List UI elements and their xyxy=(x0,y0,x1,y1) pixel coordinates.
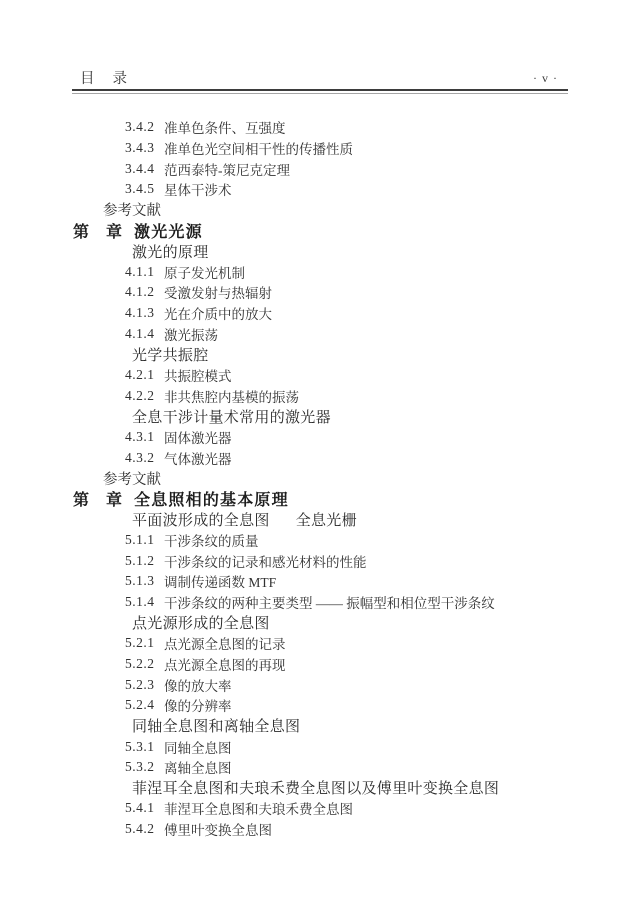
entry-number: 4.2.2 xyxy=(125,388,164,404)
toc-entry-section: 菲涅耳全息图和夫琅禾费全息图以及傅里叶变换全息图 xyxy=(0,778,638,799)
toc-entry-3.4.2: 3.4.2准单色条件、互强度 xyxy=(0,117,638,138)
entry-number: 5.1.2 xyxy=(125,553,164,569)
entry-number: 4.1.1 xyxy=(125,264,164,280)
entry-title: 星体干涉术 xyxy=(164,179,232,199)
toc-list: 3.4.2准单色条件、互强度3.4.3准单色光空间相干性的传播性质3.4.4范西… xyxy=(0,117,638,839)
toc-entry-4.1.3: 4.1.3光在介质中的放大 xyxy=(0,303,638,324)
section-title: 全息干涉计量术常用的激光器 xyxy=(132,406,331,427)
toc-entry-5.2.1: 5.2.1点光源全息图的记录 xyxy=(0,633,638,654)
toc-entry-4.1.4: 4.1.4激光振荡 xyxy=(0,323,638,344)
chapter-label-prefix: 第 xyxy=(73,219,89,242)
section-title-part2: 全息光栅 xyxy=(296,509,357,530)
toc-entry-5.2.3: 5.2.3像的放大率 xyxy=(0,674,638,695)
toc-entry-section: 光学共振腔 xyxy=(0,344,638,365)
entry-number: 3.4.4 xyxy=(125,161,164,177)
entry-title: 准单色光空间相干性的传播性质 xyxy=(164,138,353,158)
toc-header-char-2: 录 xyxy=(113,71,128,87)
entry-title: 固体激光器 xyxy=(164,427,232,447)
scanned-toc-page: 目录 · v · 3.4.2准单色条件、互强度3.4.3准单色光空间相干性的传播… xyxy=(0,0,638,903)
entry-number: 5.3.2 xyxy=(125,759,164,775)
entry-number: 3.4.3 xyxy=(125,140,164,156)
entry-number: 4.1.2 xyxy=(125,284,164,300)
toc-entry-4.2.1: 4.2.1共振腔模式 xyxy=(0,365,638,386)
entry-title: 点光源全息图的再现 xyxy=(164,654,286,674)
section-title: 激光的原理 xyxy=(132,241,209,262)
entry-number: 4.2.1 xyxy=(125,367,164,383)
entry-number: 5.3.1 xyxy=(125,739,164,755)
section-title: 平面波形成的全息图 xyxy=(132,509,270,530)
entry-number: 5.2.3 xyxy=(125,677,164,693)
page-number-marker: · v · xyxy=(533,71,558,86)
entry-number: 5.2.1 xyxy=(125,635,164,651)
header-rule xyxy=(72,89,568,94)
entry-number: 5.1.1 xyxy=(125,532,164,548)
toc-entry-5.4.1: 5.4.1菲涅耳全息图和夫琅禾费全息图 xyxy=(0,798,638,819)
entry-title: 离轴全息图 xyxy=(164,757,232,777)
entry-title: 气体激光器 xyxy=(164,448,232,468)
entry-title: 干涉条纹的质量 xyxy=(164,530,259,550)
entry-title: 准单色条件、互强度 xyxy=(164,117,286,137)
toc-entry-5.1.3: 5.1.3调制传递函数 MTF xyxy=(0,571,638,592)
toc-entry-chapter: 第章全息照相的基本原理 xyxy=(0,489,638,510)
entry-number: 5.4.2 xyxy=(125,821,164,837)
toc-entry-5.3.2: 5.3.2离轴全息图 xyxy=(0,757,638,778)
entry-number: 3.4.5 xyxy=(125,181,164,197)
entry-title: 菲涅耳全息图和夫琅禾费全息图 xyxy=(164,798,353,818)
section-title: 菲涅耳全息图和夫琅禾费全息图以及傅里叶变换全息图 xyxy=(132,777,499,798)
entry-title: 原子发光机制 xyxy=(164,262,245,282)
toc-entry-4.1.2: 4.1.2受激发射与热辐射 xyxy=(0,282,638,303)
section-title: 同轴全息图和离轴全息图 xyxy=(132,715,300,736)
toc-entry-section: 激光的原理 xyxy=(0,241,638,262)
entry-number: 5.4.1 xyxy=(125,800,164,816)
toc-entry-section: 平面波形成的全息图全息光栅 xyxy=(0,509,638,530)
entry-number: 5.2.4 xyxy=(125,697,164,713)
entry-title: 像的放大率 xyxy=(164,675,232,695)
entry-number: 5.1.3 xyxy=(125,573,164,589)
toc-entry-4.3.1: 4.3.1固体激光器 xyxy=(0,427,638,448)
toc-entry-3.4.4: 3.4.4范西泰特-策尼克定理 xyxy=(0,158,638,179)
entry-title: 范西泰特-策尼克定理 xyxy=(164,159,290,179)
entry-title: 同轴全息图 xyxy=(164,737,232,757)
toc-entry-5.1.2: 5.1.2干涉条纹的记录和感光材料的性能 xyxy=(0,550,638,571)
entry-number: 5.1.4 xyxy=(125,594,164,610)
toc-entry-4.3.2: 4.3.2气体激光器 xyxy=(0,447,638,468)
entry-number: 3.4.2 xyxy=(125,119,164,135)
toc-entry-5.3.1: 5.3.1同轴全息图 xyxy=(0,736,638,757)
entry-title: 傅里叶变换全息图 xyxy=(164,819,272,839)
toc-entry-chapter: 第章激光光源 xyxy=(0,220,638,241)
entry-title: 非共焦腔内基模的振荡 xyxy=(164,386,299,406)
toc-entry-4.2.2: 4.2.2非共焦腔内基模的振荡 xyxy=(0,385,638,406)
toc-header-title: 目录 xyxy=(80,67,127,88)
toc-header-char-1: 目 xyxy=(80,71,95,87)
entry-number: 4.1.3 xyxy=(125,305,164,321)
toc-entry-3.4.3: 3.4.3准单色光空间相干性的传播性质 xyxy=(0,138,638,159)
toc-entry-4.1.1: 4.1.1原子发光机制 xyxy=(0,261,638,282)
entry-number: 5.2.2 xyxy=(125,656,164,672)
entry-number: 4.3.2 xyxy=(125,450,164,466)
toc-entry-5.2.4: 5.2.4像的分辨率 xyxy=(0,695,638,716)
toc-entry-5.4.2: 5.4.2傅里叶变换全息图 xyxy=(0,819,638,840)
toc-entry-5.1.1: 5.1.1干涉条纹的质量 xyxy=(0,530,638,551)
toc-entry-section: 全息干涉计量术常用的激光器 xyxy=(0,406,638,427)
toc-entry-5.1.4: 5.1.4干涉条纹的两种主要类型 —— 振幅型和相位型干涉条纹 xyxy=(0,592,638,613)
entry-title: 干涉条纹的记录和感光材料的性能 xyxy=(164,551,367,571)
entry-title: 干涉条纹的两种主要类型 —— 振幅型和相位型干涉条纹 xyxy=(164,592,495,612)
chapter-title: 全息照相的基本原理 xyxy=(134,487,289,510)
entry-title: 点光源全息图的记录 xyxy=(164,633,286,653)
chapter-label-suffix: 章 xyxy=(106,219,122,242)
chapter-label-suffix: 章 xyxy=(106,487,122,510)
section-title: 光学共振腔 xyxy=(132,344,209,365)
entry-title: 激光振荡 xyxy=(164,324,218,344)
toc-entry-section: 同轴全息图和离轴全息图 xyxy=(0,716,638,737)
entry-title: 像的分辨率 xyxy=(164,695,232,715)
references-label: 参考文献 xyxy=(103,468,161,489)
references-label: 参考文献 xyxy=(103,199,161,220)
toc-entry-section: 点光源形成的全息图 xyxy=(0,612,638,633)
toc-entry-ref: 参考文献 xyxy=(0,200,638,221)
toc-entry-3.4.5: 3.4.5星体干涉术 xyxy=(0,179,638,200)
entry-number: 4.1.4 xyxy=(125,326,164,342)
section-title: 点光源形成的全息图 xyxy=(132,612,270,633)
entry-title: 受激发射与热辐射 xyxy=(164,282,272,302)
entry-title: 共振腔模式 xyxy=(164,365,232,385)
toc-entry-ref: 参考文献 xyxy=(0,468,638,489)
toc-entry-5.2.2: 5.2.2点光源全息图的再现 xyxy=(0,654,638,675)
entry-title: 光在介质中的放大 xyxy=(164,303,272,323)
entry-number: 4.3.1 xyxy=(125,429,164,445)
chapter-title: 激光光源 xyxy=(134,219,203,242)
entry-title: 调制传递函数 MTF xyxy=(164,571,276,591)
chapter-label-prefix: 第 xyxy=(73,487,89,510)
